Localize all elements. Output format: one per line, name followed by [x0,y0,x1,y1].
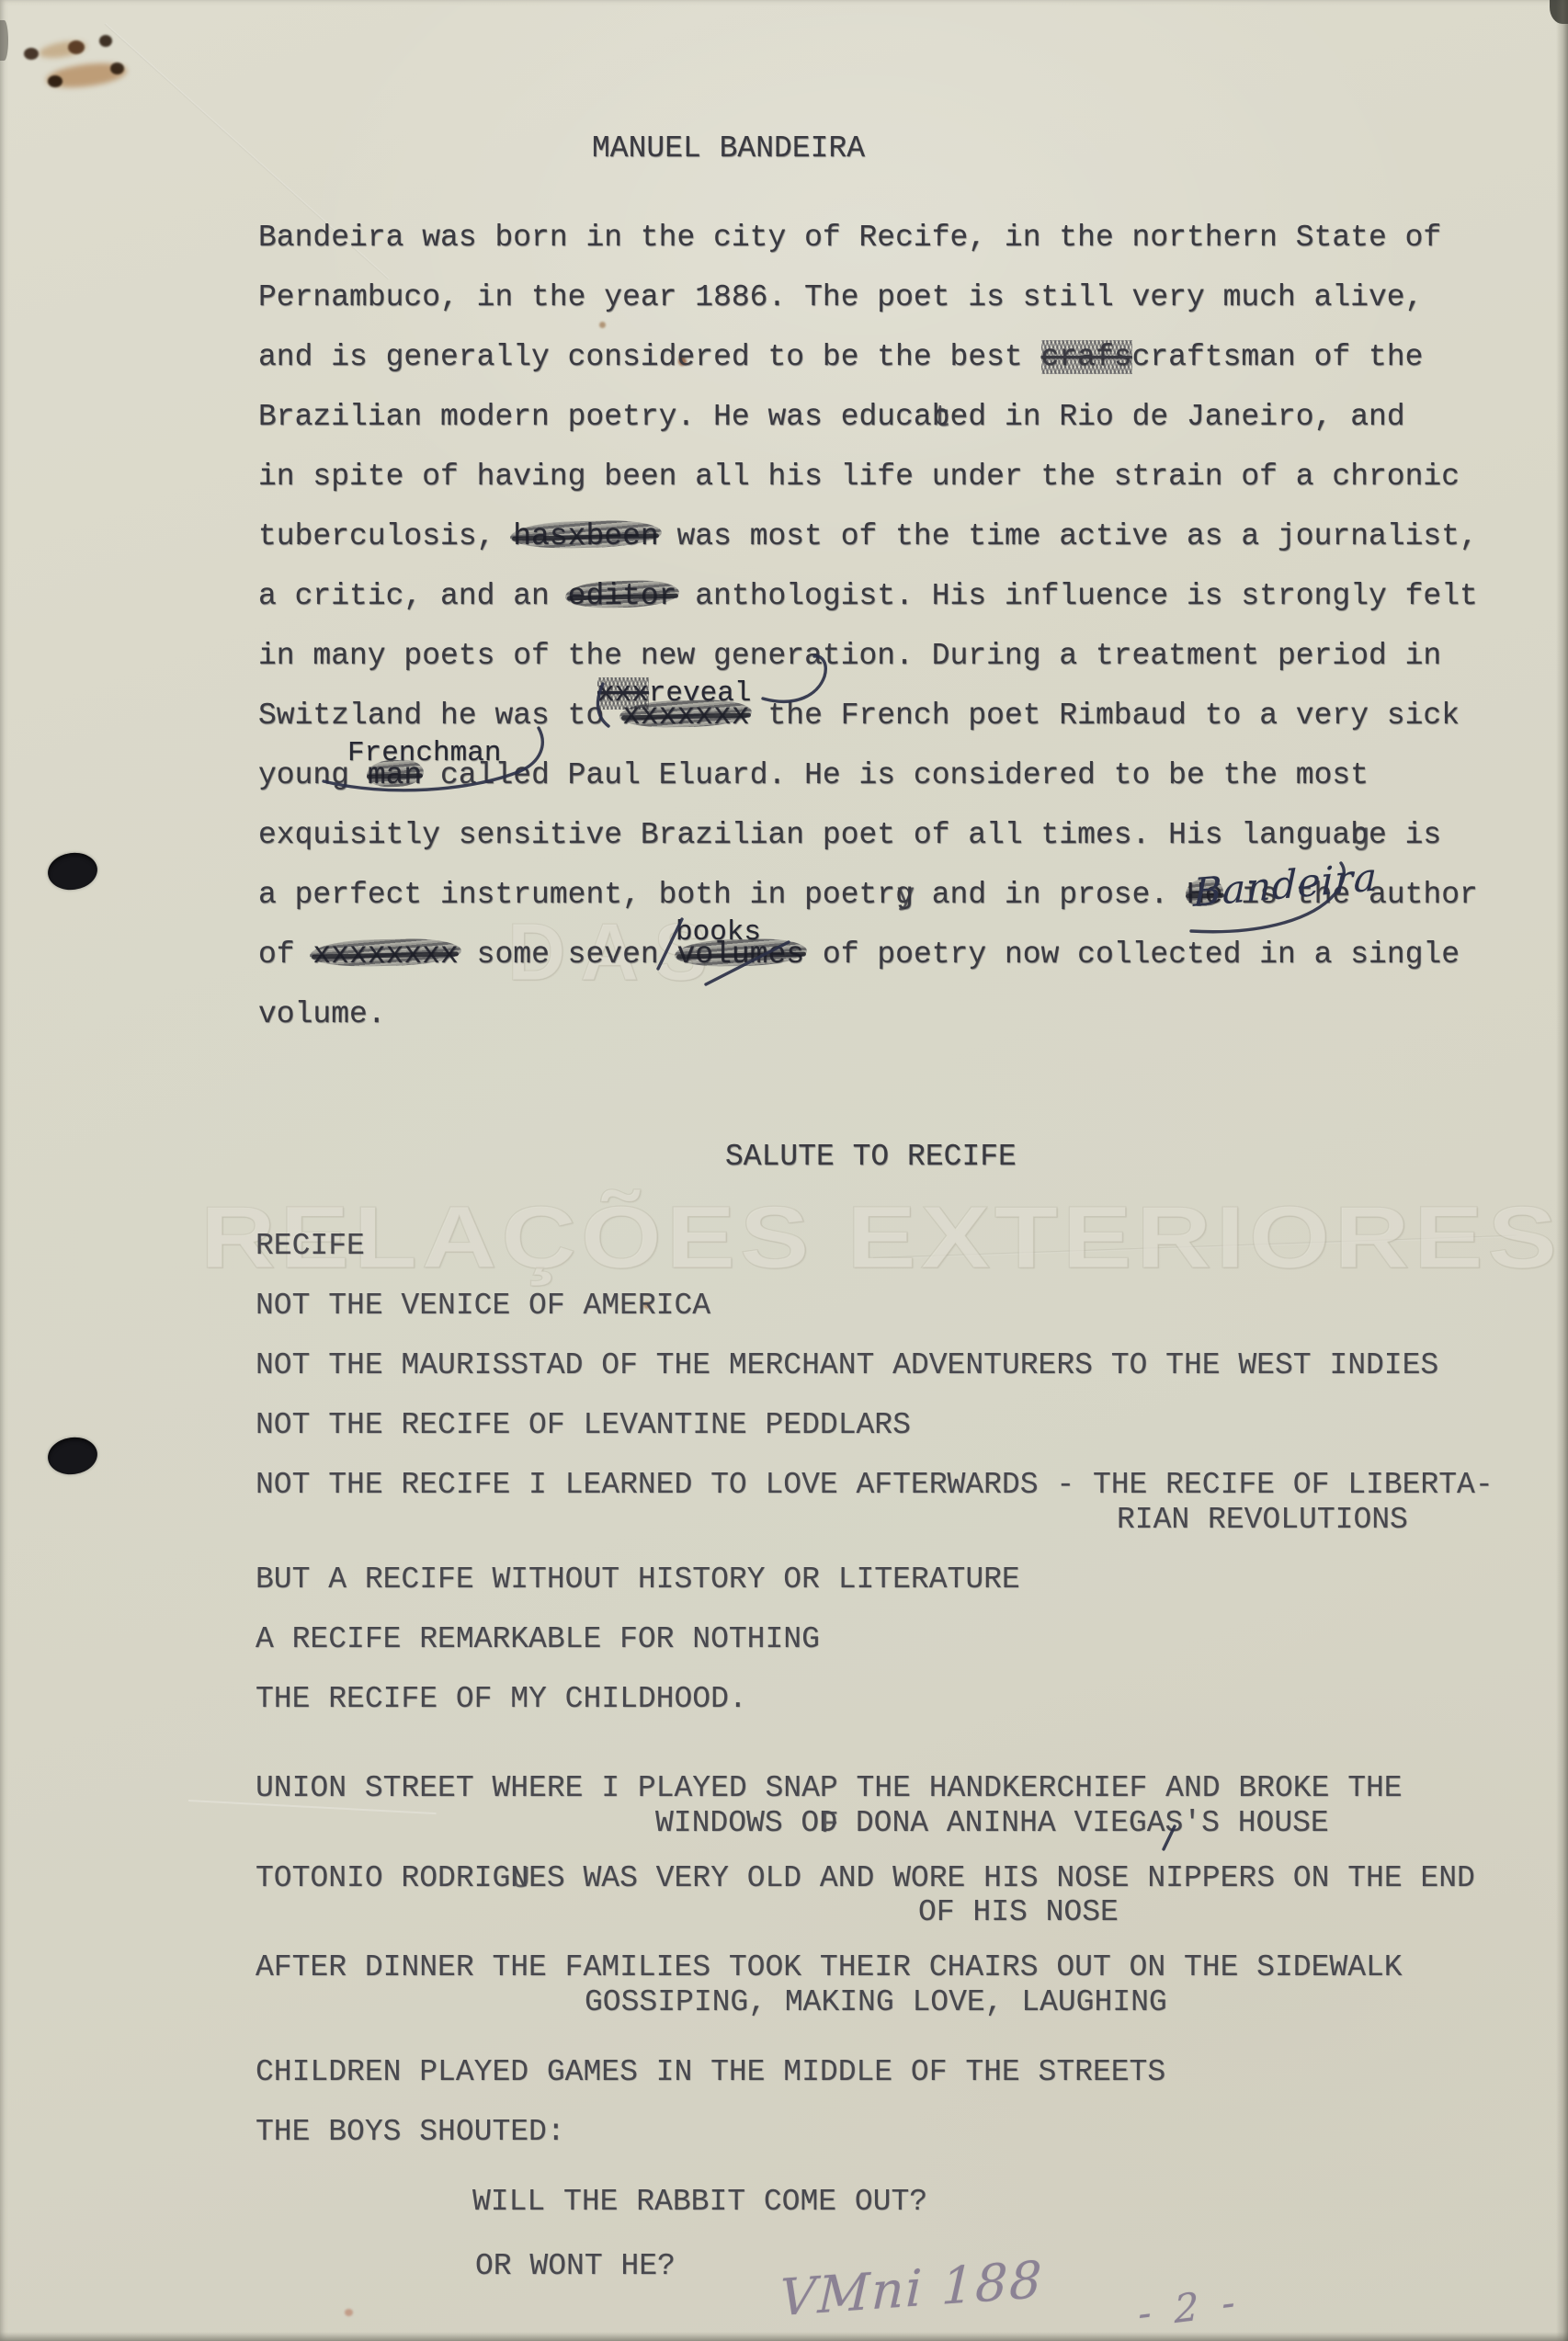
hole-punch-layer [0,0,1568,2341]
edge-mark [0,20,8,61]
hole-punch [45,849,99,892]
scanned-page: DASRELAÇÕES EXTERIORES MANUEL BANDEIRABa… [0,0,1568,2341]
paper-background: DASRELAÇÕES EXTERIORES MANUEL BANDEIRABa… [0,0,1568,2341]
hole-punch [45,1434,99,1477]
